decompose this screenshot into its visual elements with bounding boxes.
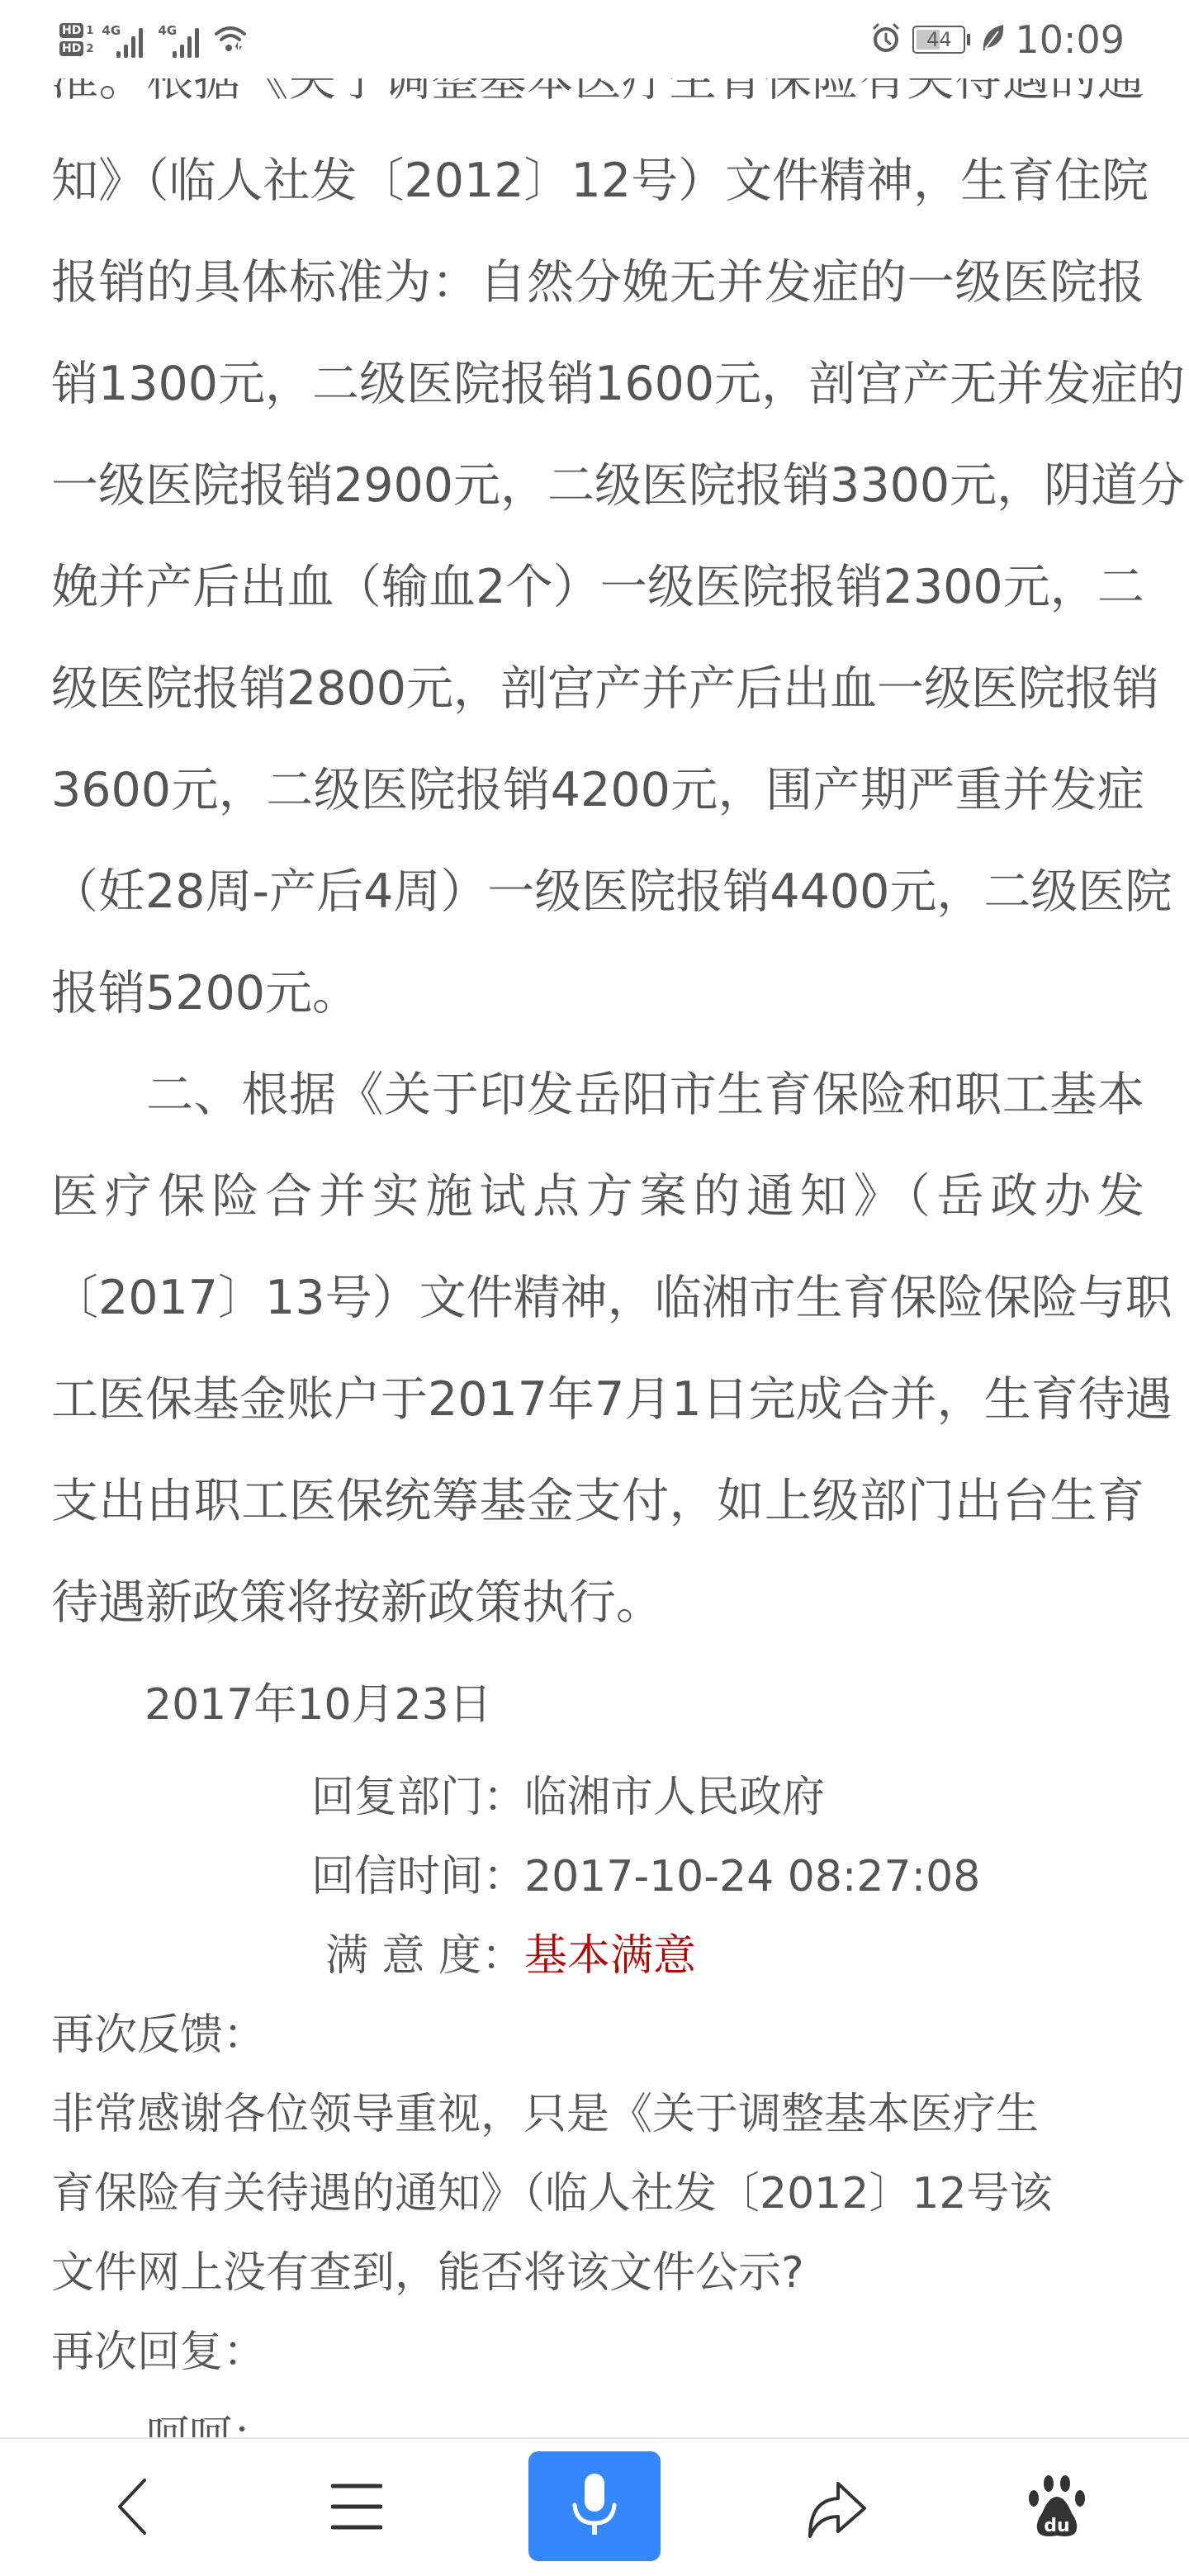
hd-badge-2: HD [59, 41, 83, 56]
voice-search-button[interactable] [528, 2451, 661, 2561]
svg-text:du: du [1044, 2516, 1069, 2536]
text-line: 销1300元，二级医院报销1600元，剖宫产无并发症的 [51, 334, 1144, 435]
eco-leaf-icon [980, 23, 1005, 56]
text-line: 级医院报销2800元，剖宫产并产后出血一级医院报销 [51, 638, 1144, 740]
chevron-left-icon [116, 2478, 149, 2539]
status-bar-left: HD1 HD2 4G 4G [59, 17, 247, 63]
menu-button[interactable] [307, 2439, 406, 2576]
paragraph-2: 二、根据《关于印发岳阳市生育保险和职工基本 医疗保险合并实施试点方案的通知》（岳… [51, 1044, 1144, 1654]
battery-level: 44 [914, 27, 964, 52]
text-line: 报销5200元。 [51, 943, 1144, 1044]
text-line: 待遇新政策将按新政策执行。 [51, 1552, 1144, 1654]
hamburger-menu-icon [331, 2481, 382, 2536]
alarm-icon [869, 21, 902, 58]
signal-icon: 4G [102, 21, 149, 58]
hd-badge-1: HD [59, 23, 83, 38]
text-line: 医疗保险合并实施试点方案的通知》（岳政办发 [51, 1146, 1144, 1248]
text-line: 知》（临人社发〔2012〕12号）文件精神，生育住院 [51, 130, 1144, 232]
satisfaction-row: 满 意 度：基本满意 [311, 1916, 696, 1996]
text-line: 娩并产后出血（输血2个）一级医院报销2300元，二 [51, 537, 1144, 638]
feedback-heading: 再次反馈： [51, 1996, 1144, 2075]
signature-date: 2017年10月23日 [144, 1665, 492, 1745]
baidu-home-button[interactable]: du [1007, 2439, 1106, 2576]
status-bar: HD1 HD2 4G 4G [0, 0, 1189, 78]
reply-time-label: 回信时间： [311, 1837, 524, 1916]
text-line: 一级医院报销2900元，二级医院报销3300元，阴道分 [51, 435, 1144, 537]
status-bar-right: 44 10:09 [869, 17, 1125, 63]
feedback-text-line: 非常感谢各位领导重视，只是《关于调整基本医疗生 [51, 2075, 1144, 2154]
text-line: 3600元，二级医院报销4200元，围产期严重并发症 [51, 740, 1144, 841]
reply-department-value: 临湘市人民政府 [524, 1773, 825, 1822]
clock: 10:09 [1015, 17, 1125, 63]
satisfaction-label: 满 意 度： [311, 1916, 524, 1996]
text-line: （妊28周-产后4周）一级医院报销4400元，二级医院 [51, 841, 1144, 943]
reply-department-row: 回复部门：临湘市人民政府 [311, 1758, 825, 1837]
text-line: 支出由职工医保统筹基金支付，如上级部门出台生育 [51, 1451, 1144, 1552]
signal-icon: 4G [158, 21, 206, 58]
text-line: 二、根据《关于印发岳阳市生育保险和职工基本 [51, 1044, 1144, 1146]
text-line: 工医保基金账户于2017年7月1日完成合并，生育待遇 [51, 1349, 1144, 1451]
share-button[interactable] [789, 2439, 888, 2576]
satisfaction-value: 基本满意 [524, 1931, 696, 1981]
wifi-icon [214, 21, 247, 58]
baidu-paw-icon: du [1027, 2475, 1087, 2541]
reply-department-label: 回复部门： [311, 1758, 524, 1837]
text-line: 报销的具体标准为：自然分娩无并发症的一级医院报 [51, 232, 1144, 334]
hd-sim-icon: HD1 HD2 [59, 23, 93, 56]
reply-heading: 再次回复： [51, 2313, 1144, 2392]
paragraph-1: 准。根据《关于调整基本医疗生育保险有关待遇的通 知》（临人社发〔2012〕12号… [51, 29, 1144, 1044]
sim-index-2: 2 [86, 43, 93, 55]
feedback-text-line: 育保险有关待遇的通知》（临人社发〔2012〕12号该 [51, 2154, 1144, 2233]
battery-icon: 44 [912, 26, 965, 54]
reply-time-row: 回信时间：2017-10-24 08:27:08 [311, 1837, 980, 1916]
text-line: 〔2017〕13号）文件精神，临湘市生育保险保险与职 [51, 1248, 1144, 1349]
share-arrow-icon [807, 2475, 869, 2541]
bottom-toolbar: du [0, 2437, 1189, 2576]
feedback-text-line: 文件网上没有查到，能否将该文件公示? [51, 2233, 1144, 2313]
reply-time-value: 2017-10-24 08:27:08 [524, 1852, 980, 1901]
back-button[interactable] [83, 2439, 182, 2576]
battery-tip [967, 34, 970, 45]
sim-index-1: 1 [86, 25, 93, 37]
microphone-icon [570, 2472, 619, 2541]
